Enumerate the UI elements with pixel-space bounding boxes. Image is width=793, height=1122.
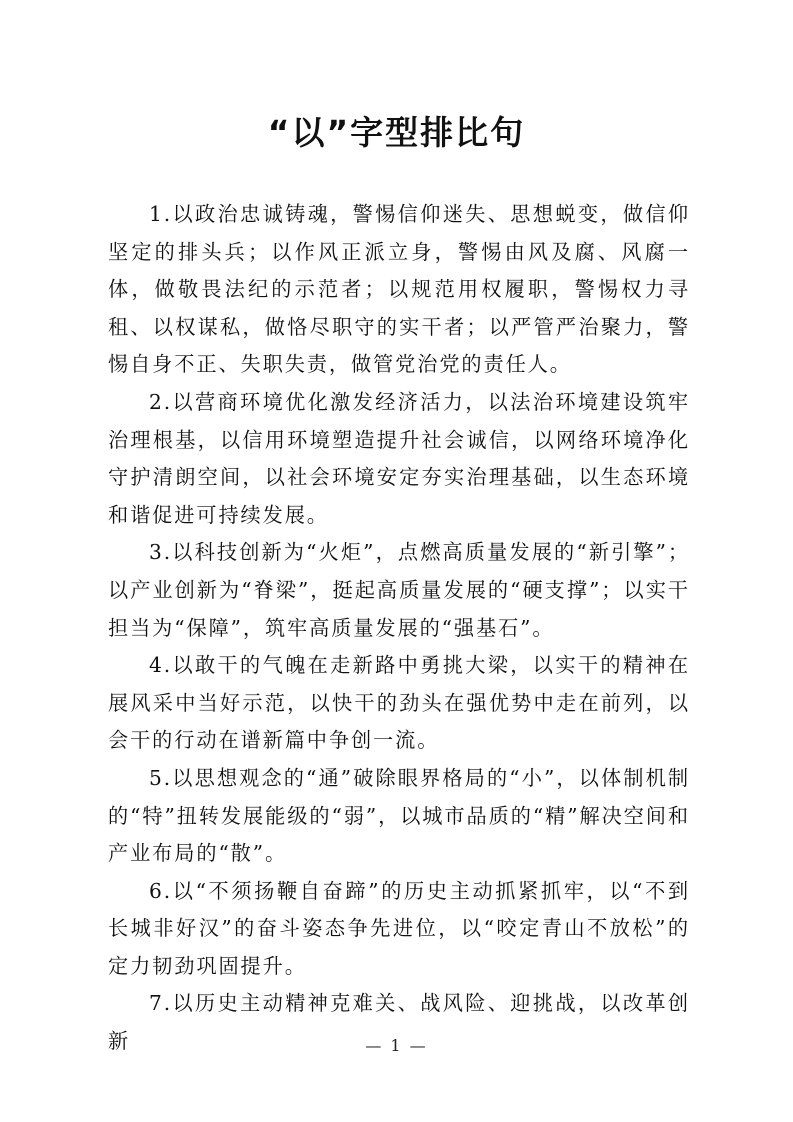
document-body: 1.以政治忠诚铸魂，警惕信仰迷失、思想蜕变，做信仰坚定的排头兵；以作风正派立身，… <box>108 196 690 1061</box>
paragraph-1: 1.以政治忠诚铸魂，警惕信仰迷失、思想蜕变，做信仰坚定的排头兵；以作风正派立身，… <box>108 196 690 384</box>
paragraph-2: 2.以营商环境优化激发经济活力，以法治环境建设筑牢治理根基，以信用环境塑造提升社… <box>108 384 690 534</box>
paragraph-6: 6.以“不须扬鞭自奋蹄”的历史主动抓紧抓牢，以“不到长城非好汉”的奋斗姿态争先进… <box>108 873 690 986</box>
document-page: “以”字型排比句 1.以政治忠诚铸魂，警惕信仰迷失、思想蜕变，做信仰坚定的排头兵… <box>0 0 793 1122</box>
paragraph-5: 5.以思想观念的“通”破除眼界格局的“小”，以体制机制的“特”扭转发展能级的“弱… <box>108 760 690 873</box>
page-number: — 1 — <box>0 1036 793 1055</box>
paragraph-4: 4.以敢干的气魄在走新路中勇挑大梁，以实干的精神在展风采中当好示范，以快干的劲头… <box>108 647 690 760</box>
document-title: “以”字型排比句 <box>0 108 793 158</box>
paragraph-3: 3.以科技创新为“火炬”，点燃高质量发展的“新引擎”；以产业创新为“脊梁”，挺起… <box>108 534 690 647</box>
